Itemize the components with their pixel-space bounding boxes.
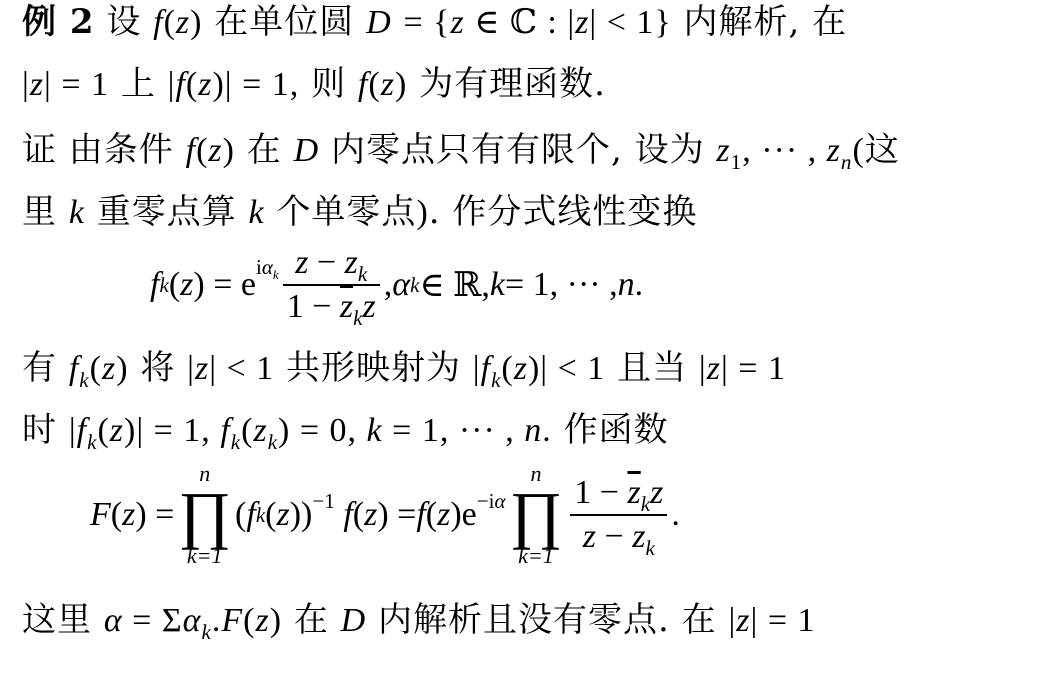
text-analytic: 内解析, 在	[684, 2, 848, 42]
fraction-mobius: z − zk 1 − zkz	[283, 244, 380, 326]
math-fz: f	[153, 4, 163, 41]
problem-line-1: 例 2 设 f(z) 在单位圆 D = {z ∈ ℂ : |z| < 1} 内解…	[22, 0, 847, 45]
proof-line-4: 时 |fk(z)| = 1, fk(zk) = 0, k = 1, ··· , …	[22, 408, 669, 453]
text-proof: 证 由条件	[22, 130, 174, 170]
equation-fk: fk(z) = eiαk z − zk 1 − zkz , αk ∈ ℝ, k …	[150, 244, 643, 326]
proof-line-5: 这里 α = Σαk.F(z) 在 D 内解析且没有零点. 在 |z| = 1	[22, 598, 816, 643]
text-on: 上	[121, 64, 156, 104]
text-unit-disc: 在单位圆	[214, 2, 354, 42]
text-she: 设	[106, 2, 141, 42]
problem-line-2: |z| = 1 上 |f(z)| = 1, 则 f(z) 为有理函数.	[22, 62, 606, 107]
text-rational: 为有理函数.	[419, 64, 606, 104]
product-operator-1: n ∏ k=1	[178, 462, 231, 568]
text-in: 在	[247, 130, 282, 170]
proof-line-1: 证 由条件 f(z) 在 D 内零点只有有限个, 设为 z1, ··· , zn…	[22, 128, 900, 173]
proof-line-2: 里 k 重零点算 k 个单零点). 作分式线性变换	[22, 190, 697, 235]
fraction-inverse-mobius: 1 − zkz z − zk	[570, 474, 667, 556]
example-label: 例 2	[22, 2, 95, 42]
text-then: 则	[311, 64, 346, 104]
product-operator-2: n ∏ k=1	[510, 462, 563, 568]
proof-line-3: 有 fk(z) 将 |z| < 1 共形映射为 |fk(z)| < 1 且当 |…	[22, 346, 786, 391]
text-finite-zeros: 内零点只有有限个, 设为	[331, 130, 705, 170]
equation-F: F(z) = n ∏ k=1 (fk(z))−1 f(z) = f(z)e−iα…	[90, 462, 680, 568]
math-domain-D: D	[366, 4, 392, 41]
